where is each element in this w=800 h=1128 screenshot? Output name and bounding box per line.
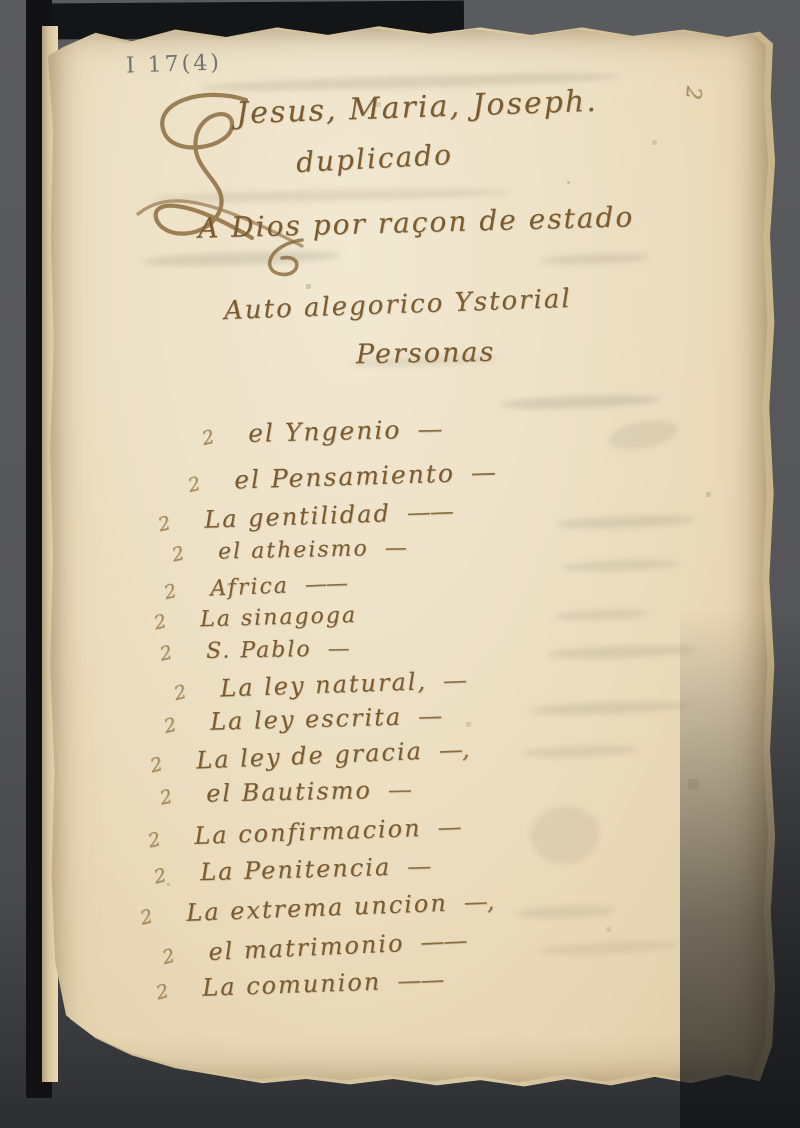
manuscript-scan: I 17(4) 2 Jesus, Maria, Joseph. duplicad… bbox=[0, 0, 800, 1128]
cast-item-mark: 2 bbox=[158, 638, 192, 666]
cast-item-dash: —, bbox=[438, 735, 469, 764]
cast-item-dash: — bbox=[443, 666, 467, 695]
cast-item-dash: — bbox=[407, 852, 431, 881]
invocation-line: Jesus, Maria, Joseph. bbox=[235, 84, 598, 132]
cast-item-dash: —, bbox=[463, 887, 494, 916]
manuscript-page: I 17(4) 2 Jesus, Maria, Joseph. duplicad… bbox=[48, 24, 771, 1090]
cast-item-name: La ley escrita bbox=[210, 703, 403, 736]
cast-item-dash: — bbox=[417, 415, 442, 445]
folio-mark: 2 bbox=[681, 85, 706, 103]
bleedthrough-smudge bbox=[152, 187, 512, 204]
cast-item-mark: 2 bbox=[200, 422, 234, 450]
genre-subtitle: Auto alegorico Ystorial bbox=[224, 284, 573, 326]
cast-item-name: el Bautismo bbox=[206, 776, 372, 807]
cast-item-mark: 2 bbox=[186, 469, 220, 498]
cast-item-mark: 2 bbox=[152, 860, 186, 888]
cast-item-mark: 2 bbox=[154, 976, 188, 1005]
cast-item-mark: 2 bbox=[162, 710, 196, 738]
cast-item-name: S. Pablo bbox=[206, 637, 312, 664]
cast-item-dash: — bbox=[418, 702, 442, 731]
cast-list-item: 2el Yngenio— bbox=[202, 400, 697, 449]
cast-item-name: el atheismo bbox=[218, 537, 369, 565]
bleedthrough-smudge bbox=[540, 252, 650, 266]
cast-item-mark: 2 bbox=[138, 901, 172, 930]
cast-item-dash: — bbox=[327, 637, 348, 662]
cast-item-mark: 2 bbox=[158, 781, 192, 809]
cast-item-dash: — bbox=[384, 536, 406, 561]
cast-item-dash: —— bbox=[397, 966, 444, 996]
cast-item-dash: —— bbox=[406, 497, 453, 527]
cast-list: 2el Yngenio— 2el Pensamiento— 2La gentil… bbox=[136, 406, 696, 994]
duplicate-note: duplicado bbox=[295, 138, 453, 179]
cast-item-dash: — bbox=[388, 776, 412, 804]
cast-item-dash: — bbox=[437, 813, 461, 842]
cast-item-name: el Yngenio bbox=[248, 416, 402, 449]
cast-heading: Personas bbox=[356, 337, 496, 370]
cast-item-mark: 2 bbox=[170, 538, 204, 566]
shelfmark-annotation: I 17(4) bbox=[126, 50, 223, 78]
cast-item-dash: —— bbox=[304, 571, 347, 598]
play-title: A Dios por raçon de estado bbox=[198, 200, 635, 244]
cast-item-name: La comunion bbox=[202, 968, 382, 1002]
cast-item-dash: —— bbox=[420, 926, 467, 956]
cast-item-dash: — bbox=[470, 458, 495, 488]
bleedthrough-smudge bbox=[142, 249, 342, 269]
